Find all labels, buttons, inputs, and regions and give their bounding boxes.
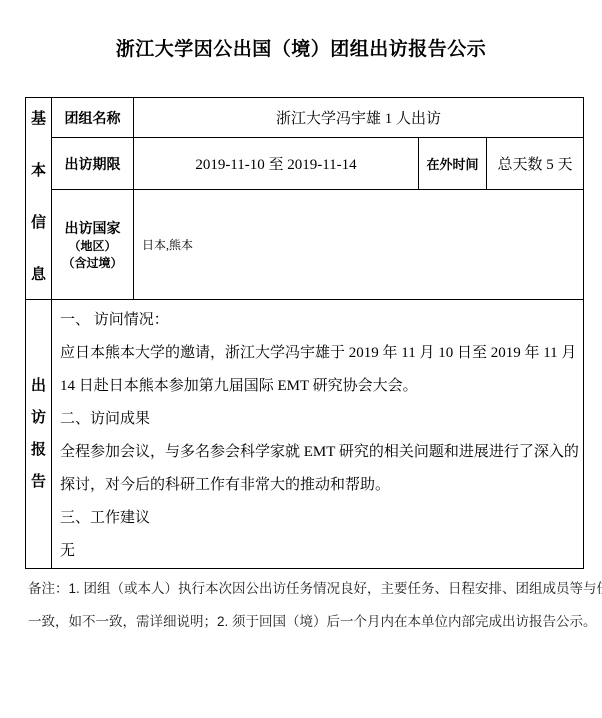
page-title: 浙江大学因公出国（境）团组出访报告公示 xyxy=(0,34,602,61)
visit-period-label-cell: 出访期限 xyxy=(52,138,134,190)
basic-info-char: 基 xyxy=(31,111,46,127)
remark-line: 备注：1. 团组（或本人）执行本次因公出访任务情况良好，主要任务、日程安排、团组… xyxy=(28,572,588,605)
total-days-value: 总天数 5 天 xyxy=(498,157,573,173)
visit-report-char: 告 xyxy=(31,474,46,490)
report-line: 无 xyxy=(60,535,575,568)
report-line: 14 日赴日本熊本参加第九届国际 EMT 研究协会大会。 xyxy=(60,370,575,403)
basic-info-char: 息 xyxy=(31,267,46,283)
report-line: 全程参加会议，与多名参会科学家就 EMT 研究的相关问题和进展进行了深入的 xyxy=(60,436,575,469)
basic-info-section-cell: 基 本 信 息 xyxy=(26,98,52,300)
row-visit-report: 出 访 报 告 一、 访问情况： 应日本熊本大学的邀请，浙江大学冯宇雄于 201… xyxy=(26,300,584,569)
countries-label-line3: （含过境） xyxy=(52,255,133,272)
visit-report-body-cell: 一、 访问情况： 应日本熊本大学的邀请，浙江大学冯宇雄于 2019 年 11 月… xyxy=(52,300,584,569)
row-visit-period: 出访期限 2019-11-10 至 2019-11-14 在外时间 总天数 5 … xyxy=(26,138,584,190)
countries-value-cell: 日本,熊本 xyxy=(134,190,584,300)
document-page: 浙江大学因公出国（境）团组出访报告公示 基 本 信 息 团组名称 xyxy=(0,0,602,718)
group-name-value: 浙江大学冯宇雄 1 人出访 xyxy=(134,107,583,128)
countries-label-line2: （地区） xyxy=(52,238,133,255)
countries-label-cell: 出访国家 （地区） （含过境） xyxy=(52,190,134,300)
visit-report-char: 报 xyxy=(31,442,46,458)
report-line: 探讨，对今后的科研工作有非常大的推动和帮助。 xyxy=(60,469,575,502)
report-form-table: 基 本 信 息 团组名称 浙江大学冯宇雄 1 人出访 出访期限 xyxy=(25,97,584,569)
basic-info-char: 本 xyxy=(31,163,46,179)
report-line: 二、访问成果 xyxy=(60,403,575,436)
group-name-label-cell: 团组名称 xyxy=(52,98,134,138)
abroad-time-label-cell: 在外时间 xyxy=(419,138,487,190)
group-name-label: 团组名称 xyxy=(52,108,133,128)
visit-report-vertical-label: 出 访 报 告 xyxy=(26,302,51,566)
total-days-value-cell: 总天数 5 天 xyxy=(487,138,584,190)
visit-period-label: 出访期限 xyxy=(52,154,133,174)
remark-line: 一致，如不一致，需详细说明；2. 须于回国（境）后一个月内在本单位内部完成出访报… xyxy=(28,605,588,638)
report-line: 应日本熊本大学的邀请，浙江大学冯宇雄于 2019 年 11 月 10 日至 20… xyxy=(60,337,575,370)
countries-label: 出访国家 （地区） （含过境） xyxy=(52,218,133,272)
report-line: 一、 访问情况： xyxy=(60,304,575,337)
visit-period-value: 2019-11-10 至 2019-11-14 xyxy=(134,153,418,174)
visit-report-char: 访 xyxy=(31,410,46,426)
abroad-time-label: 在外时间 xyxy=(426,157,478,172)
row-group-name: 基 本 信 息 团组名称 浙江大学冯宇雄 1 人出访 xyxy=(26,98,584,138)
visit-report-section-cell: 出 访 报 告 xyxy=(26,300,52,569)
basic-info-vertical-label: 基 本 信 息 xyxy=(26,100,51,298)
visit-report-char: 出 xyxy=(31,378,46,394)
group-name-value-cell: 浙江大学冯宇雄 1 人出访 xyxy=(134,98,584,138)
report-line: 三、工作建议 xyxy=(60,502,575,535)
visit-period-value-cell: 2019-11-10 至 2019-11-14 xyxy=(134,138,419,190)
countries-value: 日本,熊本 xyxy=(134,231,583,258)
remarks-note: 备注：1. 团组（或本人）执行本次因公出访任务情况良好，主要任务、日程安排、团组… xyxy=(28,572,588,638)
basic-info-char: 信 xyxy=(31,215,46,231)
row-countries: 出访国家 （地区） （含过境） 日本,熊本 xyxy=(26,190,584,300)
visit-report-body: 一、 访问情况： 应日本熊本大学的邀请，浙江大学冯宇雄于 2019 年 11 月… xyxy=(52,300,583,568)
countries-label-line1: 出访国家 xyxy=(65,220,121,236)
